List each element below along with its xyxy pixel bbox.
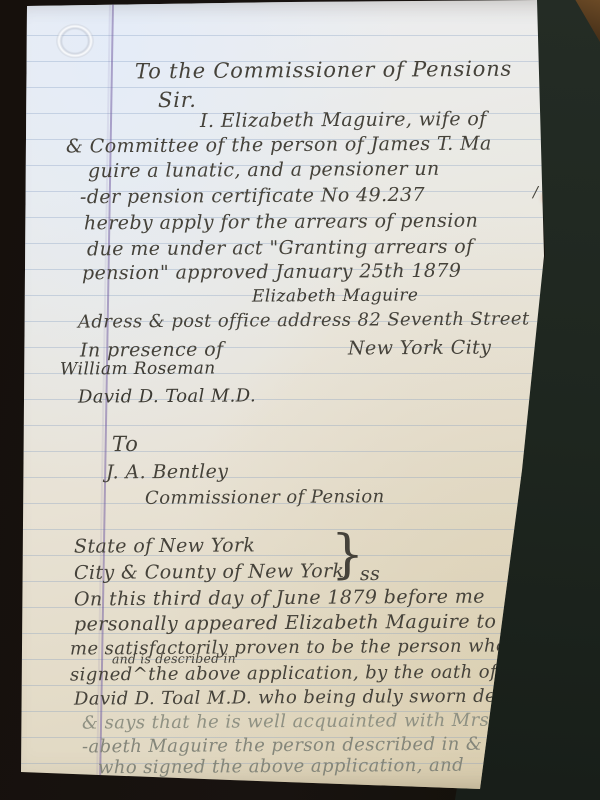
- affidavit-line: On this third day of June 1879 before me: [74, 587, 485, 612]
- affidavit-line: who signed the above application, and: [98, 756, 464, 779]
- signature-william-roseman: William Roseman: [60, 359, 216, 380]
- body-line: hereby apply for the arrears of pension: [84, 211, 478, 236]
- jurat-ss: ss: [360, 564, 380, 586]
- affidavit-line: & says that he is well acquainted with M…: [82, 710, 531, 734]
- body-line: -der pension certificate No 49.237: [80, 185, 425, 209]
- body-line: & Committee of the person of James T. Ma: [66, 134, 492, 159]
- body-line: pension" approved January 25th 1879: [82, 261, 461, 285]
- state-line: State of New York: [74, 535, 255, 558]
- body-line: due me under act "Granting arrears of: [87, 237, 474, 262]
- body-line: I. Elizabeth Maguire, wife of: [200, 109, 487, 133]
- salutation-line: To the Commissioner of Pensions: [135, 57, 512, 84]
- photograph-of-document: To the Commissioner of Pensions Sir. I. …: [0, 0, 600, 800]
- certificate-slash: /: [533, 184, 539, 201]
- affidavit-line: David D. Toal M.D. who being duly sworn …: [74, 686, 540, 710]
- county-line: City & County of New York: [74, 561, 345, 585]
- sir-line: Sir.: [158, 88, 197, 112]
- signature-david-toal: David D. Toal M.D.: [78, 386, 256, 408]
- body-line: guire a lunatic, and a pensioner un: [88, 159, 440, 183]
- affidavit-line: signed^the above application, by the oat…: [70, 663, 497, 687]
- bentley-line: J. A. Bentley: [106, 462, 229, 485]
- commissioner-line: Commissioner of Pension: [145, 487, 385, 509]
- affidavit-line: personally appeared Elizabeth Maguire to: [74, 612, 496, 637]
- signature-elizabeth-maguire: Elizabeth Maguire: [252, 286, 418, 307]
- address-line: Adress & post office address 82 Seventh …: [78, 309, 530, 333]
- to-line: To: [112, 432, 139, 456]
- city-line: New York City: [348, 337, 491, 360]
